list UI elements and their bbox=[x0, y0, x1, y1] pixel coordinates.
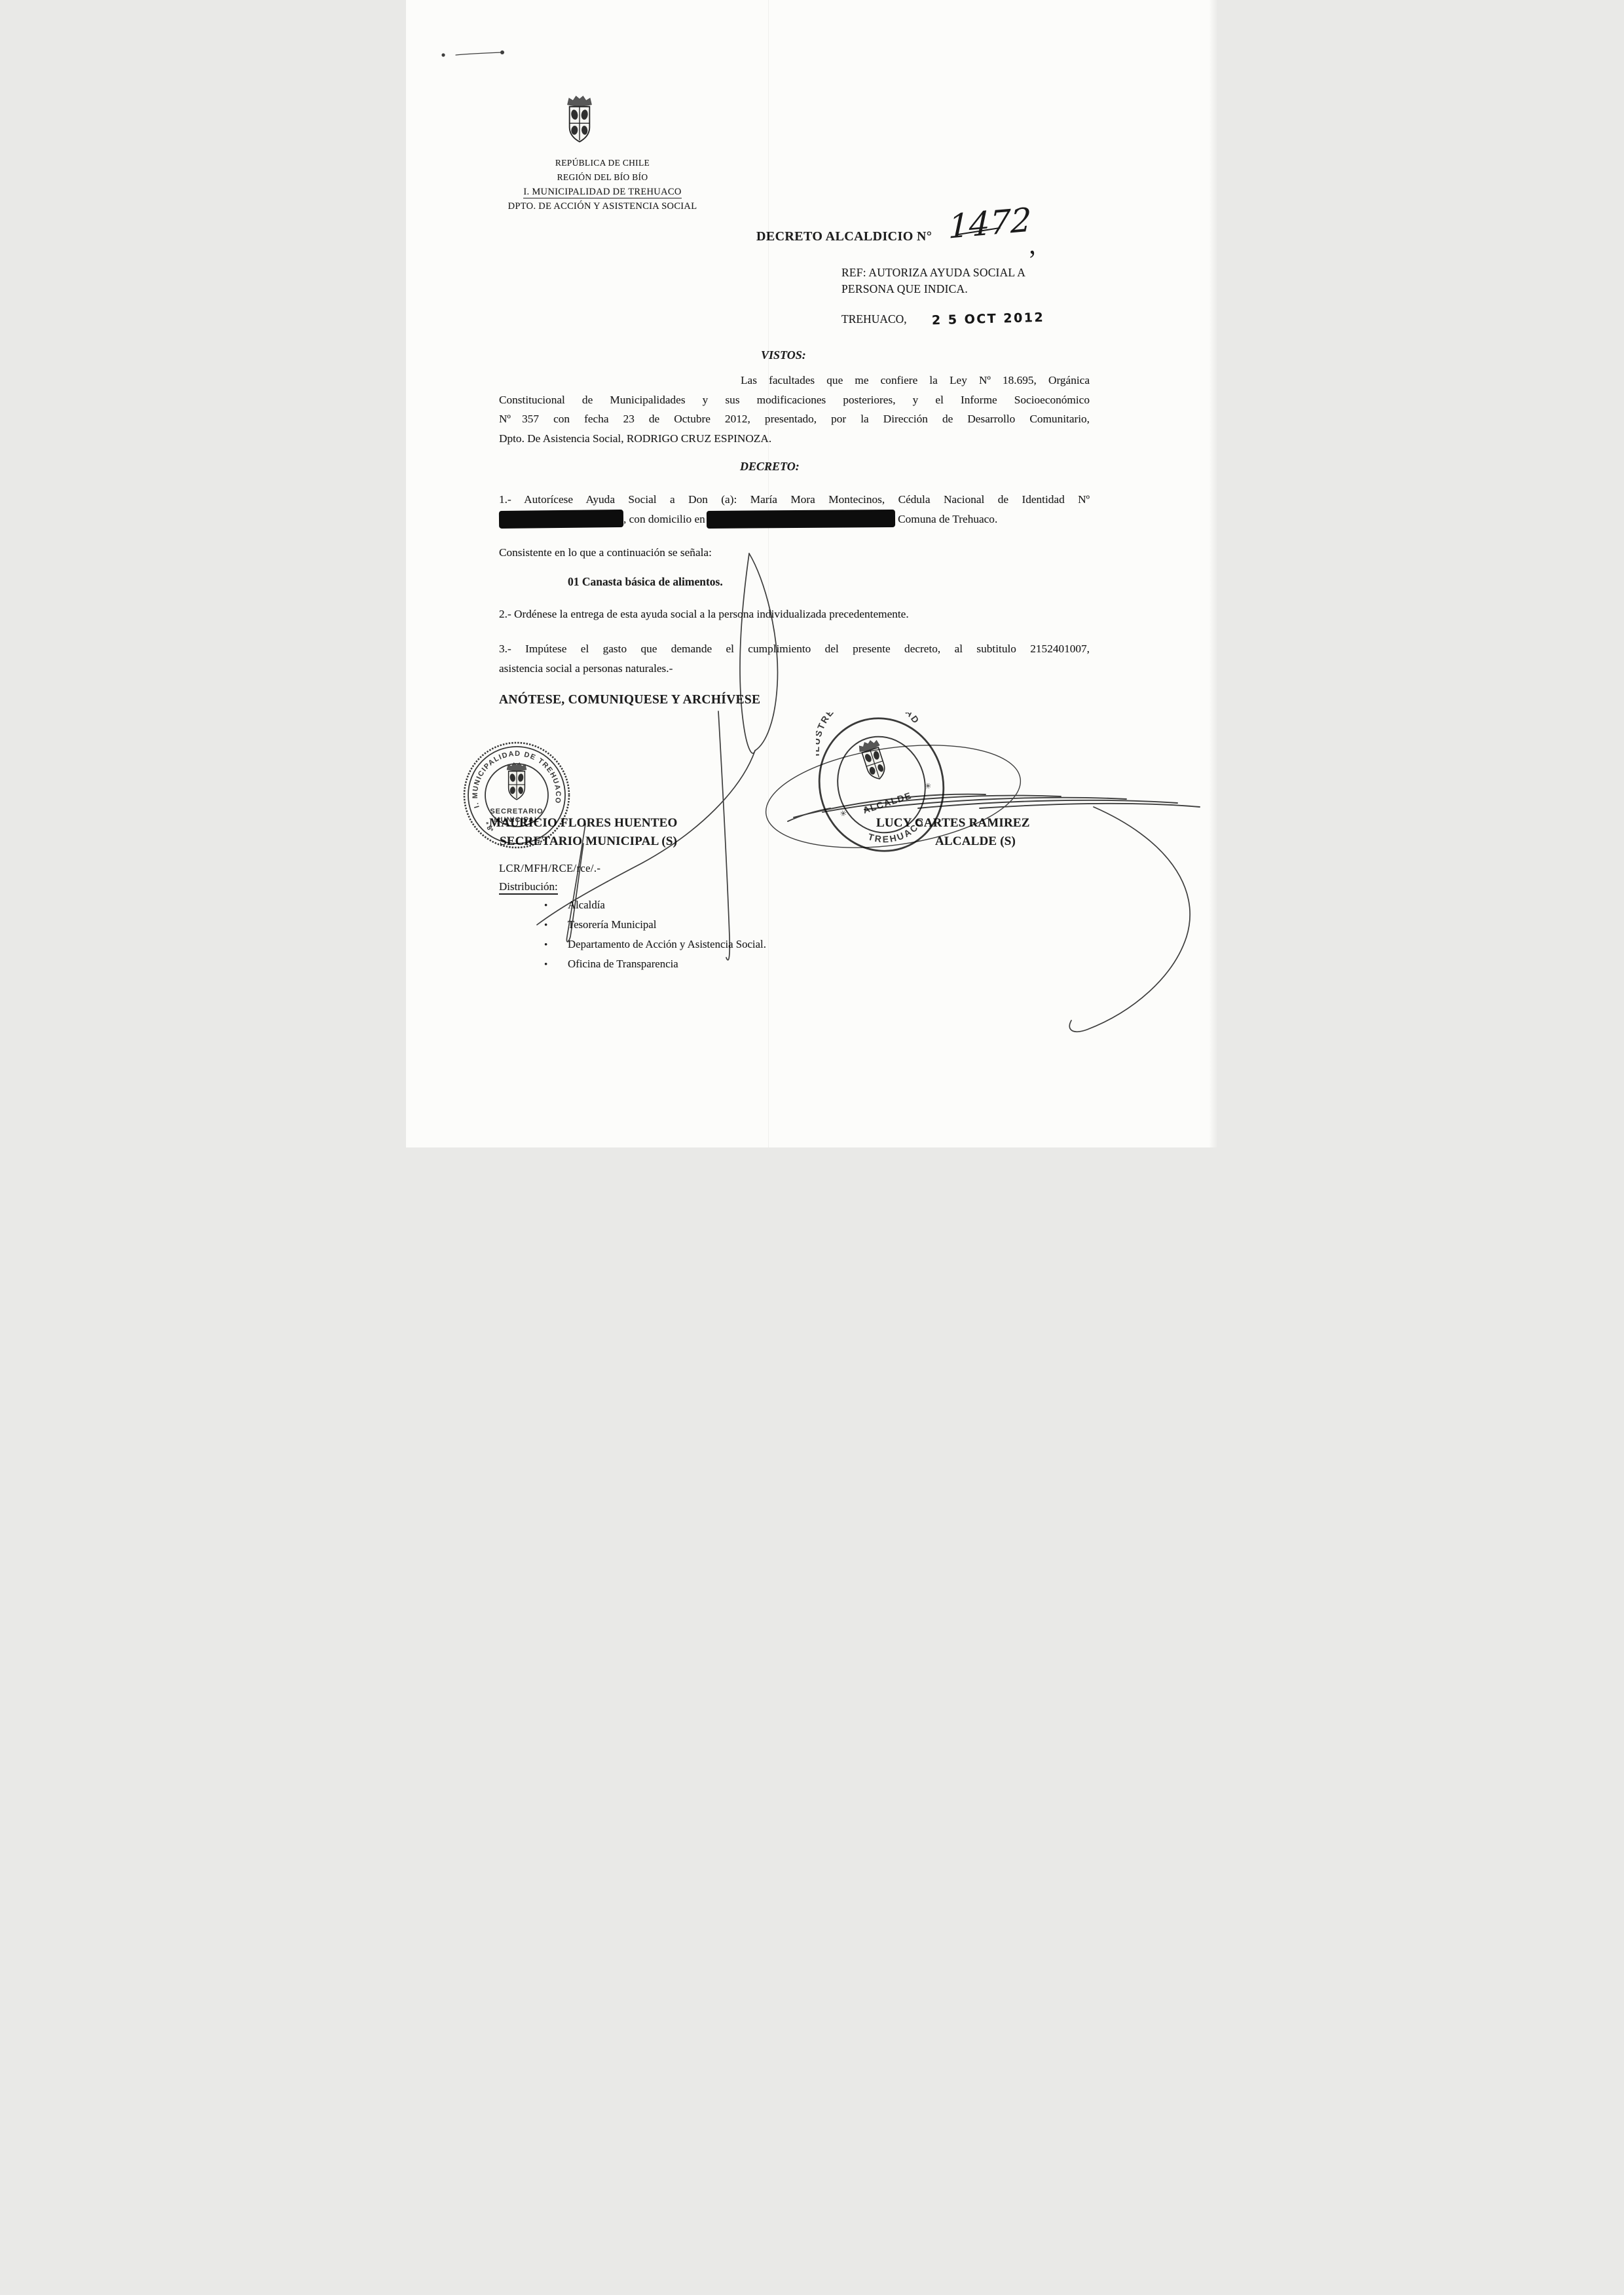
bullet-icon: • bbox=[544, 960, 568, 971]
reference-block: REF: AUTORIZA AYUDA SOCIAL A PERSONA QUE… bbox=[841, 265, 1025, 297]
decreto-heading: DECRETO: bbox=[740, 460, 800, 474]
letterhead-country: REPÚBLICA DE CHILE bbox=[501, 156, 704, 170]
item1-end-text: Comuna de Trehuaco. bbox=[895, 510, 997, 529]
item1-line1: 1.- Autorícese Ayuda Social a Don (a): M… bbox=[499, 490, 1090, 510]
stray-pen-mark bbox=[441, 50, 504, 57]
secretary-name: MAURICIO FLORES HUENTEO bbox=[489, 816, 678, 830]
distribution-entry: Oficina de Transparencia bbox=[568, 958, 678, 971]
bullet-icon: • bbox=[544, 920, 568, 931]
alcalde-stamp: ILUSTRE MUNICIPALIDAD TREHUACO ✳ ✳ ALCAL… bbox=[816, 713, 947, 857]
reference-line2: PERSONA QUE INDICA. bbox=[841, 281, 1025, 297]
alcalde-stamp-star-left: ✳ bbox=[839, 808, 848, 819]
pen-arc bbox=[1069, 807, 1190, 1032]
vistos-heading: VISTOS: bbox=[761, 348, 806, 362]
scanned-decree-page: REPÚBLICA DE CHILE REGIÓN DEL BÍO BÍO I.… bbox=[406, 0, 1218, 1147]
reference-line1: REF: AUTORIZA AYUDA SOCIAL A bbox=[841, 265, 1025, 281]
date-stamp: 2 5 OCT 2012 bbox=[931, 310, 1044, 328]
vistos-line3: Nº 357 con fecha 23 de Octubre 2012, pre… bbox=[499, 409, 1090, 429]
decree-item-2: 2.- Ordénese la entrega de esta ayuda so… bbox=[499, 608, 909, 621]
benefit-line: 01 Canasta básica de alimentos. bbox=[568, 575, 723, 589]
decree-number-handwritten: 1472 bbox=[948, 200, 1032, 246]
distribution-entry: Tesorería Municipal bbox=[568, 918, 656, 931]
letterhead: REPÚBLICA DE CHILE REGIÓN DEL BÍO BÍO I.… bbox=[501, 156, 704, 214]
mayor-role: ALCALDE (S) bbox=[935, 834, 1016, 849]
letterhead-department: DPTO. DE ACCIÓN Y ASISTENCIA SOCIAL bbox=[501, 199, 704, 214]
redaction-bar-address bbox=[707, 510, 895, 529]
distribution-list: • Alcaldía • Tesorería Municipal • Depar… bbox=[499, 899, 866, 977]
item1-mid-text: , con domicilio en bbox=[623, 510, 705, 529]
list-item: • Alcaldía bbox=[499, 899, 866, 918]
item1-line2: , con domicilio en Comuna de Trehuaco. bbox=[499, 510, 1090, 529]
secretario-stamp-line1: SECRETARIO bbox=[490, 808, 543, 815]
vistos-paragraph: Las facultades que me confiere la Ley Nº… bbox=[499, 371, 1090, 448]
vistos-line2: Constitucional de Municipalidades y sus … bbox=[499, 390, 1090, 410]
responsibility-initials: LCR/MFH/RCE/rce/.- bbox=[499, 862, 600, 875]
decree-item-3: 3.- Impútese el gasto que demande el cum… bbox=[499, 639, 1090, 678]
alcalde-stamp-center: ALCALDE bbox=[862, 790, 913, 815]
list-item: • Tesorería Municipal bbox=[499, 918, 866, 938]
distribution-entry: Alcaldía bbox=[568, 899, 605, 912]
dateline-place: TREHUACO, bbox=[841, 312, 907, 326]
item3-line1: 3.- Impútese el gasto que demande el cum… bbox=[499, 639, 1090, 659]
distribution-label: Distribución: bbox=[499, 880, 558, 893]
list-item: • Oficina de Transparencia bbox=[499, 958, 866, 977]
secretary-role: SECRETARIO MUNICIPAL (S) bbox=[500, 834, 677, 849]
list-item: • Departamento de Acción y Asistencia So… bbox=[499, 938, 866, 958]
mayor-name: LUCY CARTES RAMIREZ bbox=[876, 816, 1030, 830]
letterhead-region: REGIÓN DEL BÍO BÍO bbox=[501, 170, 704, 185]
vistos-line1: Las facultades que me confiere la Ley Nº… bbox=[499, 371, 1090, 390]
coat-of-arms-icon bbox=[564, 89, 595, 149]
distribution-entry: Departamento de Acción y Asistencia Soci… bbox=[568, 938, 766, 951]
redaction-bar-id bbox=[499, 510, 623, 529]
bullet-icon: • bbox=[544, 940, 568, 951]
vistos-line4: Dpto. De Asistencia Social, RODRIGO CRUZ… bbox=[499, 429, 1090, 449]
scan-edge-shadow bbox=[1209, 0, 1218, 1147]
dateline: TREHUACO,2 5 OCT 2012 bbox=[841, 312, 1044, 326]
handwritten-comma: , bbox=[1027, 229, 1037, 261]
decree-item-1: 1.- Autorícese Ayuda Social a Don (a): M… bbox=[499, 490, 1090, 529]
decree-title: DECRETO ALCALDICIO N° bbox=[756, 229, 932, 244]
closing-formula: ANÓTESE, COMUNIQUESE Y ARCHÍVESE bbox=[499, 693, 760, 707]
letterhead-municipality: I. MUNICIPALIDAD DE TREHUACO bbox=[523, 187, 681, 198]
bullet-icon: • bbox=[544, 901, 568, 912]
consistente-line: Consistente en lo que a continuación se … bbox=[499, 546, 712, 559]
item3-line2: asistencia social a personas naturales.- bbox=[499, 659, 1090, 679]
